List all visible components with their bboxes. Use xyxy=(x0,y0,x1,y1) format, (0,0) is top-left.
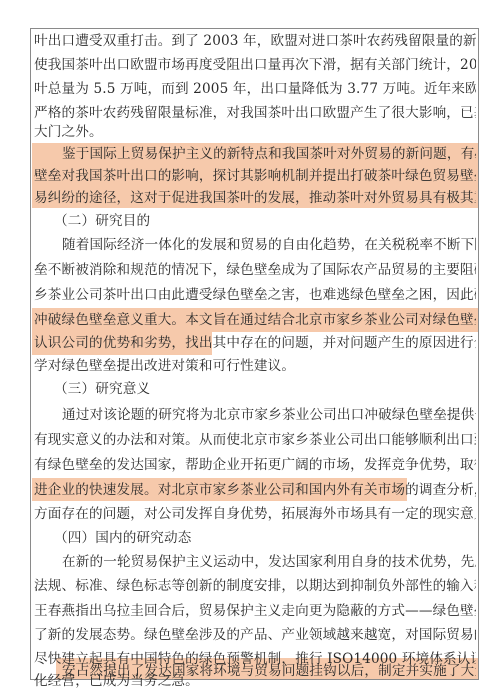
text-line: 叶总量为 5.5 万吨，而到 2005 年，出口量降低为 3.77 万吨。近年来… xyxy=(34,78,476,100)
text-line: 叶出口遭受双重打击。到了 2003 年，欧盟对进口茶叶农药残留限量的新标准则达到… xyxy=(34,30,476,52)
section-heading-research-purpose: （二）研究目的 xyxy=(34,210,476,232)
text-line: 了新的发展态势。绿色壁垒涉及的产品、产业领域越来越宽，对国际贸易的影响越来越明显… xyxy=(34,624,476,646)
section-heading-research-significance: （三）研究意义 xyxy=(34,378,476,400)
highlighted-text-line: 易纠纷的途径，这对于促进我国茶叶的发展，推动茶叶对外贸易具有极其重要的现实意义。 xyxy=(34,187,476,209)
text-line: 王春燕指出乌拉圭回合后，贸易保护主义走向更为隐蔽的方式——绿色壁垒。绿色壁垒出现 xyxy=(34,600,476,622)
text-line: 大门之外。 xyxy=(34,121,476,143)
highlighted-text-line: 鉴于国际上贸易保护主义的新特点和我国茶叶对外贸易的新问题，有必要研究绿色贸易 xyxy=(34,143,476,165)
highlighted-text: 对北京市家乡茶业公司和国内外有关市场的调查分析，帮助公司解决各 xyxy=(158,482,476,498)
text-line: 有现实意义的办法和对策。从而使北京市家乡茶业公司出口能够顺利出口到欧盟和日本等设 xyxy=(34,429,476,451)
text-line: 法规、标准、绿色标志等创新的制度安排，以期达到抑制负外部性的输入和保护国内的目的… xyxy=(34,575,476,597)
plain-text: 进企业的快速发展。 xyxy=(34,482,158,498)
highlighted-text: 本文旨在通过结合北京市家乡茶业公司对绿色壁垒进行分析，正确 xyxy=(185,312,476,328)
highlighted-text-line: 安占然提出了发达国家将环境与贸易问题挂钩以后，制定并实施了大量的绿色贸易壁垒 xyxy=(34,660,476,682)
text-line: 在新的一轮贸易保护主义运动中，发达国家利用自身的技术优势，先后出台了各种环保 xyxy=(34,551,476,573)
text-line: 有绿色壁垒的发达国家，帮助企业开拓更广阔的市场，发挥竞争优势，取得更大的利润，促 xyxy=(34,454,476,476)
text-line: 使我国茶叶出口欧盟市场再度受阻出口量再次下滑，据有关部门统计，2004 年出口欧… xyxy=(34,54,476,76)
text-line-mixed: 冲破绿色壁垒意义重大。本文旨在通过结合北京市家乡茶业公司对绿色壁垒进行分析，正确 xyxy=(34,309,476,331)
text-line: 乡茶业公司茶叶出口由此遭受绿色壁垒之害，也难逃绿色壁垒之困，因此研究茶叶出口如何 xyxy=(34,284,476,306)
text-line-mixed: 进企业的快速发展。对北京市家乡茶业公司和国内外有关市场的调查分析，帮助公司解决各 xyxy=(34,479,476,501)
text-line: 垒不断被消除和规范的情况下，绿色壁垒成为了国际农产品贸易的主要阻碍形式。北京市家 xyxy=(34,259,476,281)
plain-text: 冲破绿色壁垒意义重大。 xyxy=(34,312,185,328)
highlighted-text-line: 学对绿色壁垒提出改进对策和可行性建议。 xyxy=(34,355,476,377)
text-line: 通过对该论题的研究将为北京市家乡茶业公司出口冲破绿色壁垒提供一些有操作性和具 xyxy=(34,404,476,426)
highlighted-text-line: 壁垒对我国茶叶出口的影响，探讨其影响机制并提出打破茶叶绿色贸易壁垒，妥善地解决贸 xyxy=(34,165,476,187)
highlighted-text-line: 方面存在的问题，对公司发挥自身优势，拓展海外市场具有一定的现实意义。 xyxy=(34,503,476,525)
text-line: 随着国际经济一体化的发展和贸易的自由化趋势，在关税税率不断下降和传统非关税壁 xyxy=(34,234,476,256)
highlighted-text-line: 认识公司的优势和劣势，找出其中存在的问题，并对问题产生的原因进行分析，结合课堂所 xyxy=(34,332,476,354)
section-heading-domestic-research: （四）国内的研究动态 xyxy=(34,527,476,549)
